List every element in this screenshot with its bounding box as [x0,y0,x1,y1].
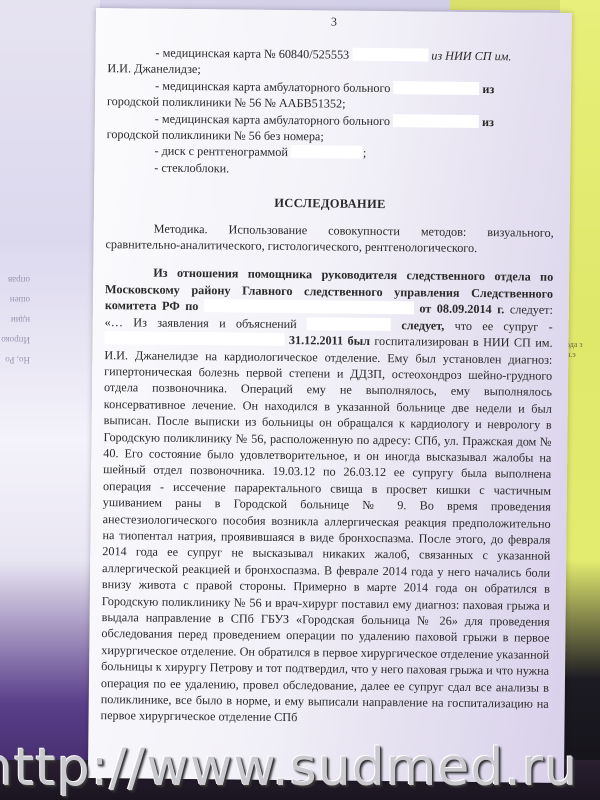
document-page: 3 - медицинская карта № 60840/525553 из … [88,8,572,783]
source-paragraph: Из отношения помощника руководителя след… [101,265,554,729]
background-paper-scrap-left: Но, Ро Ипроко ндии ошен оправ [0,210,30,370]
redacted-block [352,48,428,62]
source-date: 08.09.2014 г. [437,302,505,317]
background-paper-scrap-right: ода з н.э [566,340,596,360]
redacted-block [393,81,479,95]
materials-item-text: - медицинская карта амбулаторного больно… [155,111,390,127]
scrap-text: н.э [566,350,596,360]
redacted-block [104,331,284,346]
section-title: ИССЛЕДОВАНИЕ [106,193,554,214]
source-from: от [419,302,431,316]
page-number: 3 [96,12,572,32]
materials-item-text: - медицинская карта № 60840/525553 [155,46,349,62]
watermark-url: http://www.sudmed.ru [0,738,600,798]
materials-item-text: - медицинская карта амбулаторного больно… [155,78,390,94]
redacted-block [393,114,479,128]
background-top-right [450,0,560,10]
scrap-text: ошен [0,290,30,310]
scrap-text: оправ [0,270,30,290]
admission-date: 31.12.2011 [289,333,343,348]
scrap-text: ода з [566,340,596,350]
methodology-paragraph: Методика. Использование совокупности мет… [105,220,553,258]
scrap-text: Ипроко [0,330,30,350]
materials-item-suffix: из НИИ СП им. [431,49,511,64]
scrap-text: ндии [0,310,30,330]
materials-item-suffix: ; [363,146,367,160]
document-body: - медицинская карта № 60840/525553 из НИ… [101,44,556,728]
was-word: был [347,334,370,348]
redacted-block [291,145,363,159]
scrap-text: Но, Ро [0,350,30,370]
redacted-block [204,299,414,314]
materials-item-text: - стеклоблоки. [154,160,229,175]
spouse-text: что ее супруг - [455,318,553,333]
body-paragraph-text: госпитализирован в НИИ СП им. И.И. Джане… [101,334,553,725]
follows-word: следует, [401,318,444,332]
redacted-block [307,317,391,331]
materials-item: - стеклоблоки. [106,159,554,180]
materials-item-suffix: из [482,115,494,129]
materials-item-text: - диск с рентгенограммой [154,144,288,159]
background-left [0,0,100,800]
materials-item-suffix: из [482,82,494,96]
